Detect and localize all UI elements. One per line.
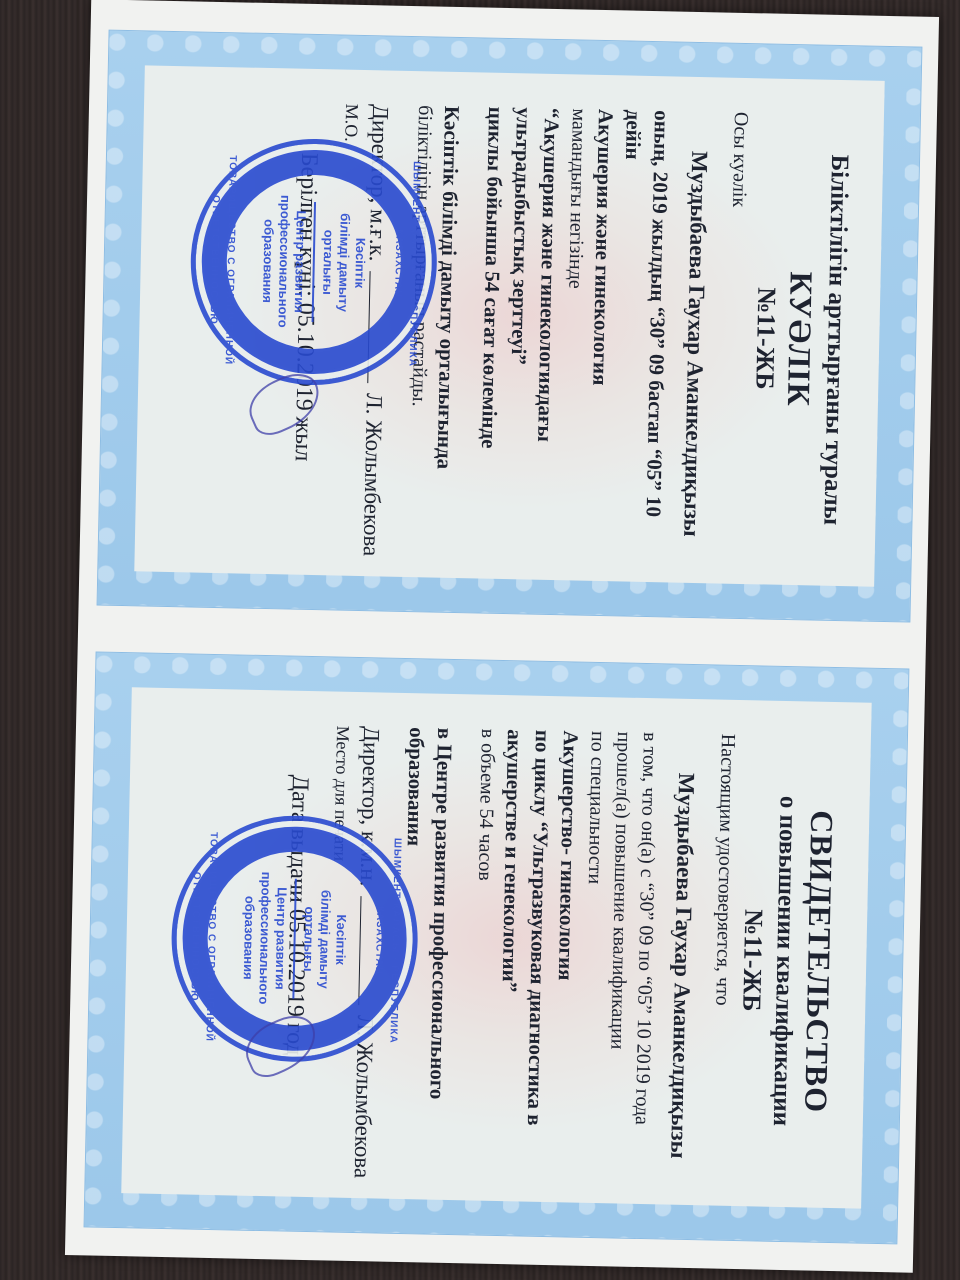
stamp-top-ring-text: ШЫМКЕНТ ҚАЛАСЫ · РЕСПУБЛИКА КАЗАХСТАН: [368, 822, 405, 1059]
stamp-bottom-ring-text: ТОВАРИЩЕСТВО С ОГРАНИЧЕННОЙ ОТВЕТСТВЕННО…: [184, 818, 221, 1055]
certificate-panel-russian: СВИДЕТЕЛЬСТВО о повышении квалификации №…: [84, 651, 910, 1244]
stamp-line: білімді дамыту: [335, 213, 353, 312]
stamp-line: білімді дамыту: [316, 890, 334, 989]
kz-dates-line: оның, 2019 жылдың “30” 09 бастап “05” 10…: [611, 109, 676, 562]
stamp-line: Кәсіптік: [332, 914, 349, 965]
stamp-line: орталығы: [300, 906, 317, 972]
stamp-line: Кәсіптік: [351, 238, 368, 289]
panel-inner-russian: СВИДЕТЕЛЬСТВО о повышении квалификации №…: [121, 687, 871, 1208]
stamp-line: профессионального: [274, 195, 293, 328]
certificate-panel-kazakh: Біліктілігін арттырғаны туралы КУӘЛІК №1…: [97, 30, 923, 623]
official-stamp-kazakh: ШЫМКЕНТ ҚАЛАСЫ · РЕСПУБЛИКА КАЗАХСТАН Кә…: [188, 136, 439, 387]
stamp-bottom-ring-text: ТОВАРИЩЕСТВО С ОГРАНИЧЕННОЙ ОТВЕТСТВЕННО…: [203, 142, 240, 379]
stamp-line: образования: [259, 219, 277, 303]
stamp-line: Центр развития: [272, 887, 290, 990]
stamp-line: Центр развития: [291, 210, 309, 313]
kz-director-name: Л. Жолымбекова: [357, 393, 388, 557]
certificate-paper: Біліктілігін арттырғаны туралы КУӘЛІК №1…: [65, 0, 939, 1273]
stamp-line: орталығы: [319, 230, 336, 296]
ru-recipient-name: Муздыбаева Гаухар Аманкелдиқызы: [664, 773, 701, 1185]
panel-inner-kazakh: Біліктілігін арттырғаны туралы КУӘЛІК №1…: [134, 65, 884, 586]
stamp-line: образования: [240, 896, 258, 980]
stamp-top-ring-text: ШЫМКЕНТ ҚАЛАСЫ · РЕСПУБЛИКА КАЗАХСТАН: [387, 146, 424, 383]
stamp-line: профессионального: [255, 872, 274, 1005]
kz-recipient-name: Муздыбаева Гаухар Аманкелдиқызы: [677, 151, 714, 563]
